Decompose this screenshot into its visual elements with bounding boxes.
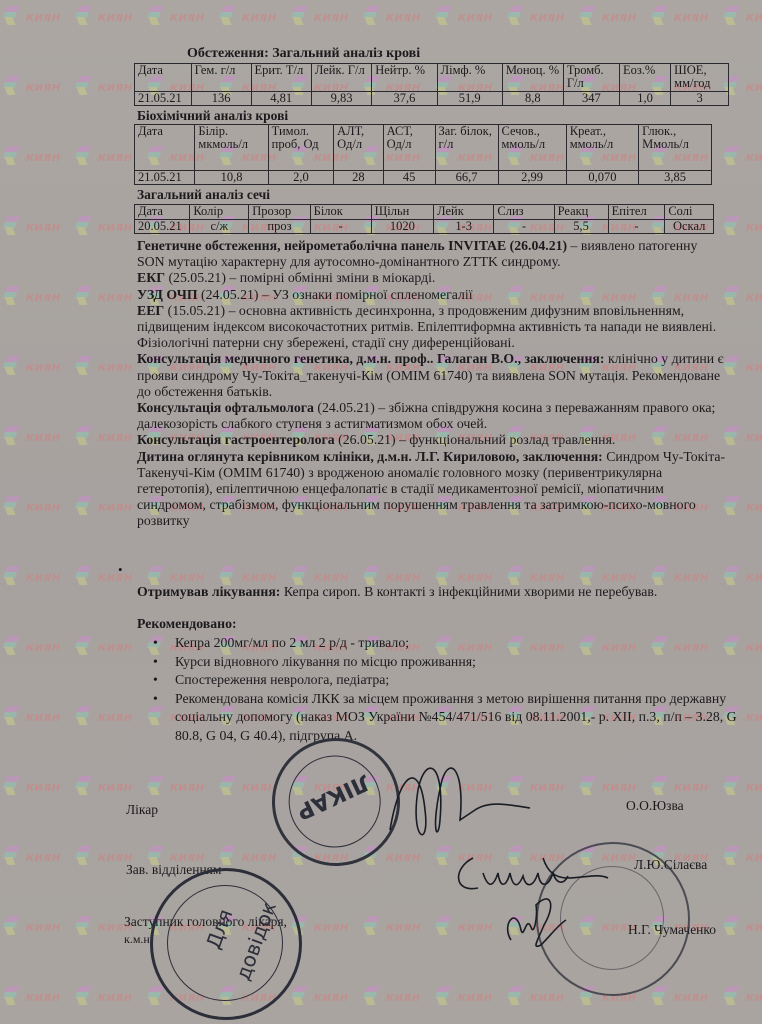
finding-paragraph: Дитина оглянута керівником клініки, д.м.…	[137, 449, 727, 530]
blood-test-table: ДатаГем. г/лЕрит. Т/лЛейк. Г/лНейтр. %Лі…	[134, 63, 729, 106]
table-header-cell: Еоз.%	[619, 64, 670, 92]
table-cell: 1-3	[434, 220, 494, 234]
document-page: КИЯНКИЯНКИЯНКИЯНКИЯНКИЯНКИЯНКИЯНКИЯНКИЯН…	[0, 0, 762, 1024]
table-header-cell: Креат., ммоль/л	[566, 125, 638, 171]
treatment-label: Отримував лікування:	[137, 584, 280, 599]
table-cell: -	[494, 220, 554, 234]
table-header-cell: АЛТ, Од/л	[334, 125, 383, 171]
table-cell: 4,81	[251, 92, 311, 106]
recommendation-item: Курси відновного лікування по місцю прож…	[175, 653, 762, 672]
table-header-cell: Ерит. Т/л	[251, 64, 311, 92]
finding-paragraph: Консультація медичного генетика, д.м.н. …	[137, 351, 727, 400]
finding-label: УЗД ОЧП	[137, 287, 198, 302]
table-cell: 347	[563, 92, 619, 106]
table-header-cell: ШОЕ, мм/год	[671, 64, 729, 92]
table-header-cell: Глюк., Ммоль/л	[639, 125, 712, 171]
finding-paragraph: ЕКГ (25.05.21) – помірні обмінні зміни в…	[137, 270, 727, 286]
table-header-cell: Прозор	[249, 205, 310, 220]
doctor-signature	[380, 750, 540, 860]
table-cell: 0,070	[566, 171, 638, 185]
biochem-test-title: Біохімічний аналіз крові	[137, 108, 288, 124]
stray-bullet: •	[118, 562, 123, 578]
table-cell: 2,0	[268, 171, 334, 185]
table-cell: 66,7	[435, 171, 498, 185]
table-header-cell: Дата	[135, 125, 195, 171]
table-header-cell: Моноц. %	[502, 64, 563, 92]
recommendations-list: Кепра 200мг/мл по 2 мл 2 р/д - тривало;К…	[137, 634, 762, 745]
finding-paragraph: УЗД ОЧП (24.05.21) – УЗ ознаки помірної …	[137, 287, 727, 303]
table-header-cell: Реакц	[554, 205, 608, 220]
table-cell: проз	[249, 220, 310, 234]
table-cell: с/ж	[190, 220, 249, 234]
table-header-cell: Білір. мкмоль/л	[195, 125, 268, 171]
findings-section: Генетичне обстеження, нейрометаболічна п…	[137, 238, 727, 530]
table-cell: 136	[191, 92, 251, 106]
table-cell: 45	[383, 171, 435, 185]
finding-paragraph: ЕЕГ (15.05.21) – основна активність деси…	[137, 303, 727, 352]
table-header-cell: Дата	[135, 64, 192, 92]
table-header-cell: Тимол. проб, Од	[268, 125, 334, 171]
recommendations-title: Рекомендовано:	[137, 616, 237, 631]
table-cell: 21.05.21	[135, 171, 195, 185]
table-header-cell: Тромб. Г/л	[563, 64, 619, 92]
table-cell: -	[310, 220, 371, 234]
table-cell: 3	[671, 92, 729, 106]
finding-label: Консультація медичного генетика, д.м.н. …	[137, 351, 605, 366]
deputy-signature	[496, 885, 576, 955]
recommendation-item: Кепра 200мг/мл по 2 мл 2 р/д - тривало;	[175, 634, 762, 653]
table-cell: -	[608, 220, 665, 234]
table-cell: 20.05.21	[135, 220, 190, 234]
table-header-cell: Епітел	[608, 205, 665, 220]
finding-label: Консультація офтальмолога	[137, 400, 314, 415]
finding-label: ЕЕГ	[137, 303, 164, 318]
finding-label: ЕКГ	[137, 270, 165, 285]
table-cell: 21.05.21	[135, 92, 192, 106]
urine-test-title: Загальний аналіз сечі	[137, 187, 270, 203]
finding-label: Дитина оглянута керівником клініки, д.м.…	[137, 449, 603, 464]
table-header-cell: Колір	[190, 205, 249, 220]
finding-label: Консультація гастроентеролога	[137, 432, 335, 447]
table-cell: 51,9	[437, 92, 502, 106]
signature-role-doctor: Лікар	[126, 802, 158, 818]
table-cell: Оскал	[665, 220, 714, 234]
table-cell: 9,83	[311, 92, 371, 106]
table-cell: 1,0	[619, 92, 670, 106]
recommendation-item: Рекомендована комісія ЛКК за місцем прож…	[175, 690, 762, 746]
urine-test-table: ДатаКолірПрозорБілокЩільнЛейкСлизРеакцЕп…	[134, 204, 714, 234]
table-cell: 10,8	[195, 171, 268, 185]
table-header-cell: Гем. г/л	[191, 64, 251, 92]
table-header-cell: Лейк	[434, 205, 494, 220]
finding-text: (26.05.21) – функціональний розлад травл…	[335, 432, 616, 447]
table-header-cell: Щільн	[371, 205, 433, 220]
table-header-cell: Нейтр. %	[372, 64, 437, 92]
table-cell: 1020	[371, 220, 433, 234]
finding-paragraph: Консультація гастроентеролога (26.05.21)…	[137, 432, 727, 448]
table-header-cell: Білок	[310, 205, 371, 220]
table-cell: 37,6	[372, 92, 437, 106]
finding-text: (15.05.21) – основна активність десинхро…	[137, 303, 716, 350]
table-header-cell: Лімф. %	[437, 64, 502, 92]
recommendations-title-wrap: Рекомендовано:	[137, 616, 727, 632]
table-header-cell: Сечов., ммоль/л	[498, 125, 566, 171]
table-header-cell: Слиз	[494, 205, 554, 220]
finding-text: (24.05.21) – УЗ ознаки помірної спленоме…	[198, 287, 473, 302]
finding-paragraph: Консультація офтальмолога (24.05.21) – з…	[137, 400, 727, 432]
finding-text: (25.05.21) – помірні обмінні зміни в міо…	[165, 270, 435, 285]
signature-role-deputy-degree: к.м.н	[124, 932, 150, 947]
table-cell: 28	[334, 171, 383, 185]
treatment-section: Отримував лікування: Кепра сироп. В конт…	[137, 584, 727, 600]
treatment-text: Кепра сироп. В контакті з інфекційними х…	[280, 584, 657, 599]
table-cell: 2,99	[498, 171, 566, 185]
biochem-test-table: ДатаБілір. мкмоль/лТимол. проб, ОдАЛТ, О…	[134, 124, 712, 185]
signature-name-doctor: О.О.Юзва	[626, 798, 684, 814]
table-header-cell: Солі	[665, 205, 714, 220]
table-header-cell: АСТ, Од/л	[383, 125, 435, 171]
table-header-cell: Дата	[135, 205, 190, 220]
finding-paragraph: Генетичне обстеження, нейрометаболічна п…	[137, 238, 727, 270]
table-header-cell: Лейк. Г/л	[311, 64, 371, 92]
finding-label: Генетичне обстеження, нейрометаболічна п…	[137, 238, 567, 253]
recommendation-item: Спостереження невролога, педіатра;	[175, 671, 762, 690]
certificate-stamp: Для довідок	[150, 868, 302, 1020]
table-cell: 3,85	[639, 171, 712, 185]
table-cell: 8,8	[502, 92, 563, 106]
blood-test-title: Обстеження: Загальний аналіз крові	[187, 46, 420, 62]
table-cell: 5,5	[554, 220, 608, 234]
table-header-cell: Заг. білок, г/л	[435, 125, 498, 171]
